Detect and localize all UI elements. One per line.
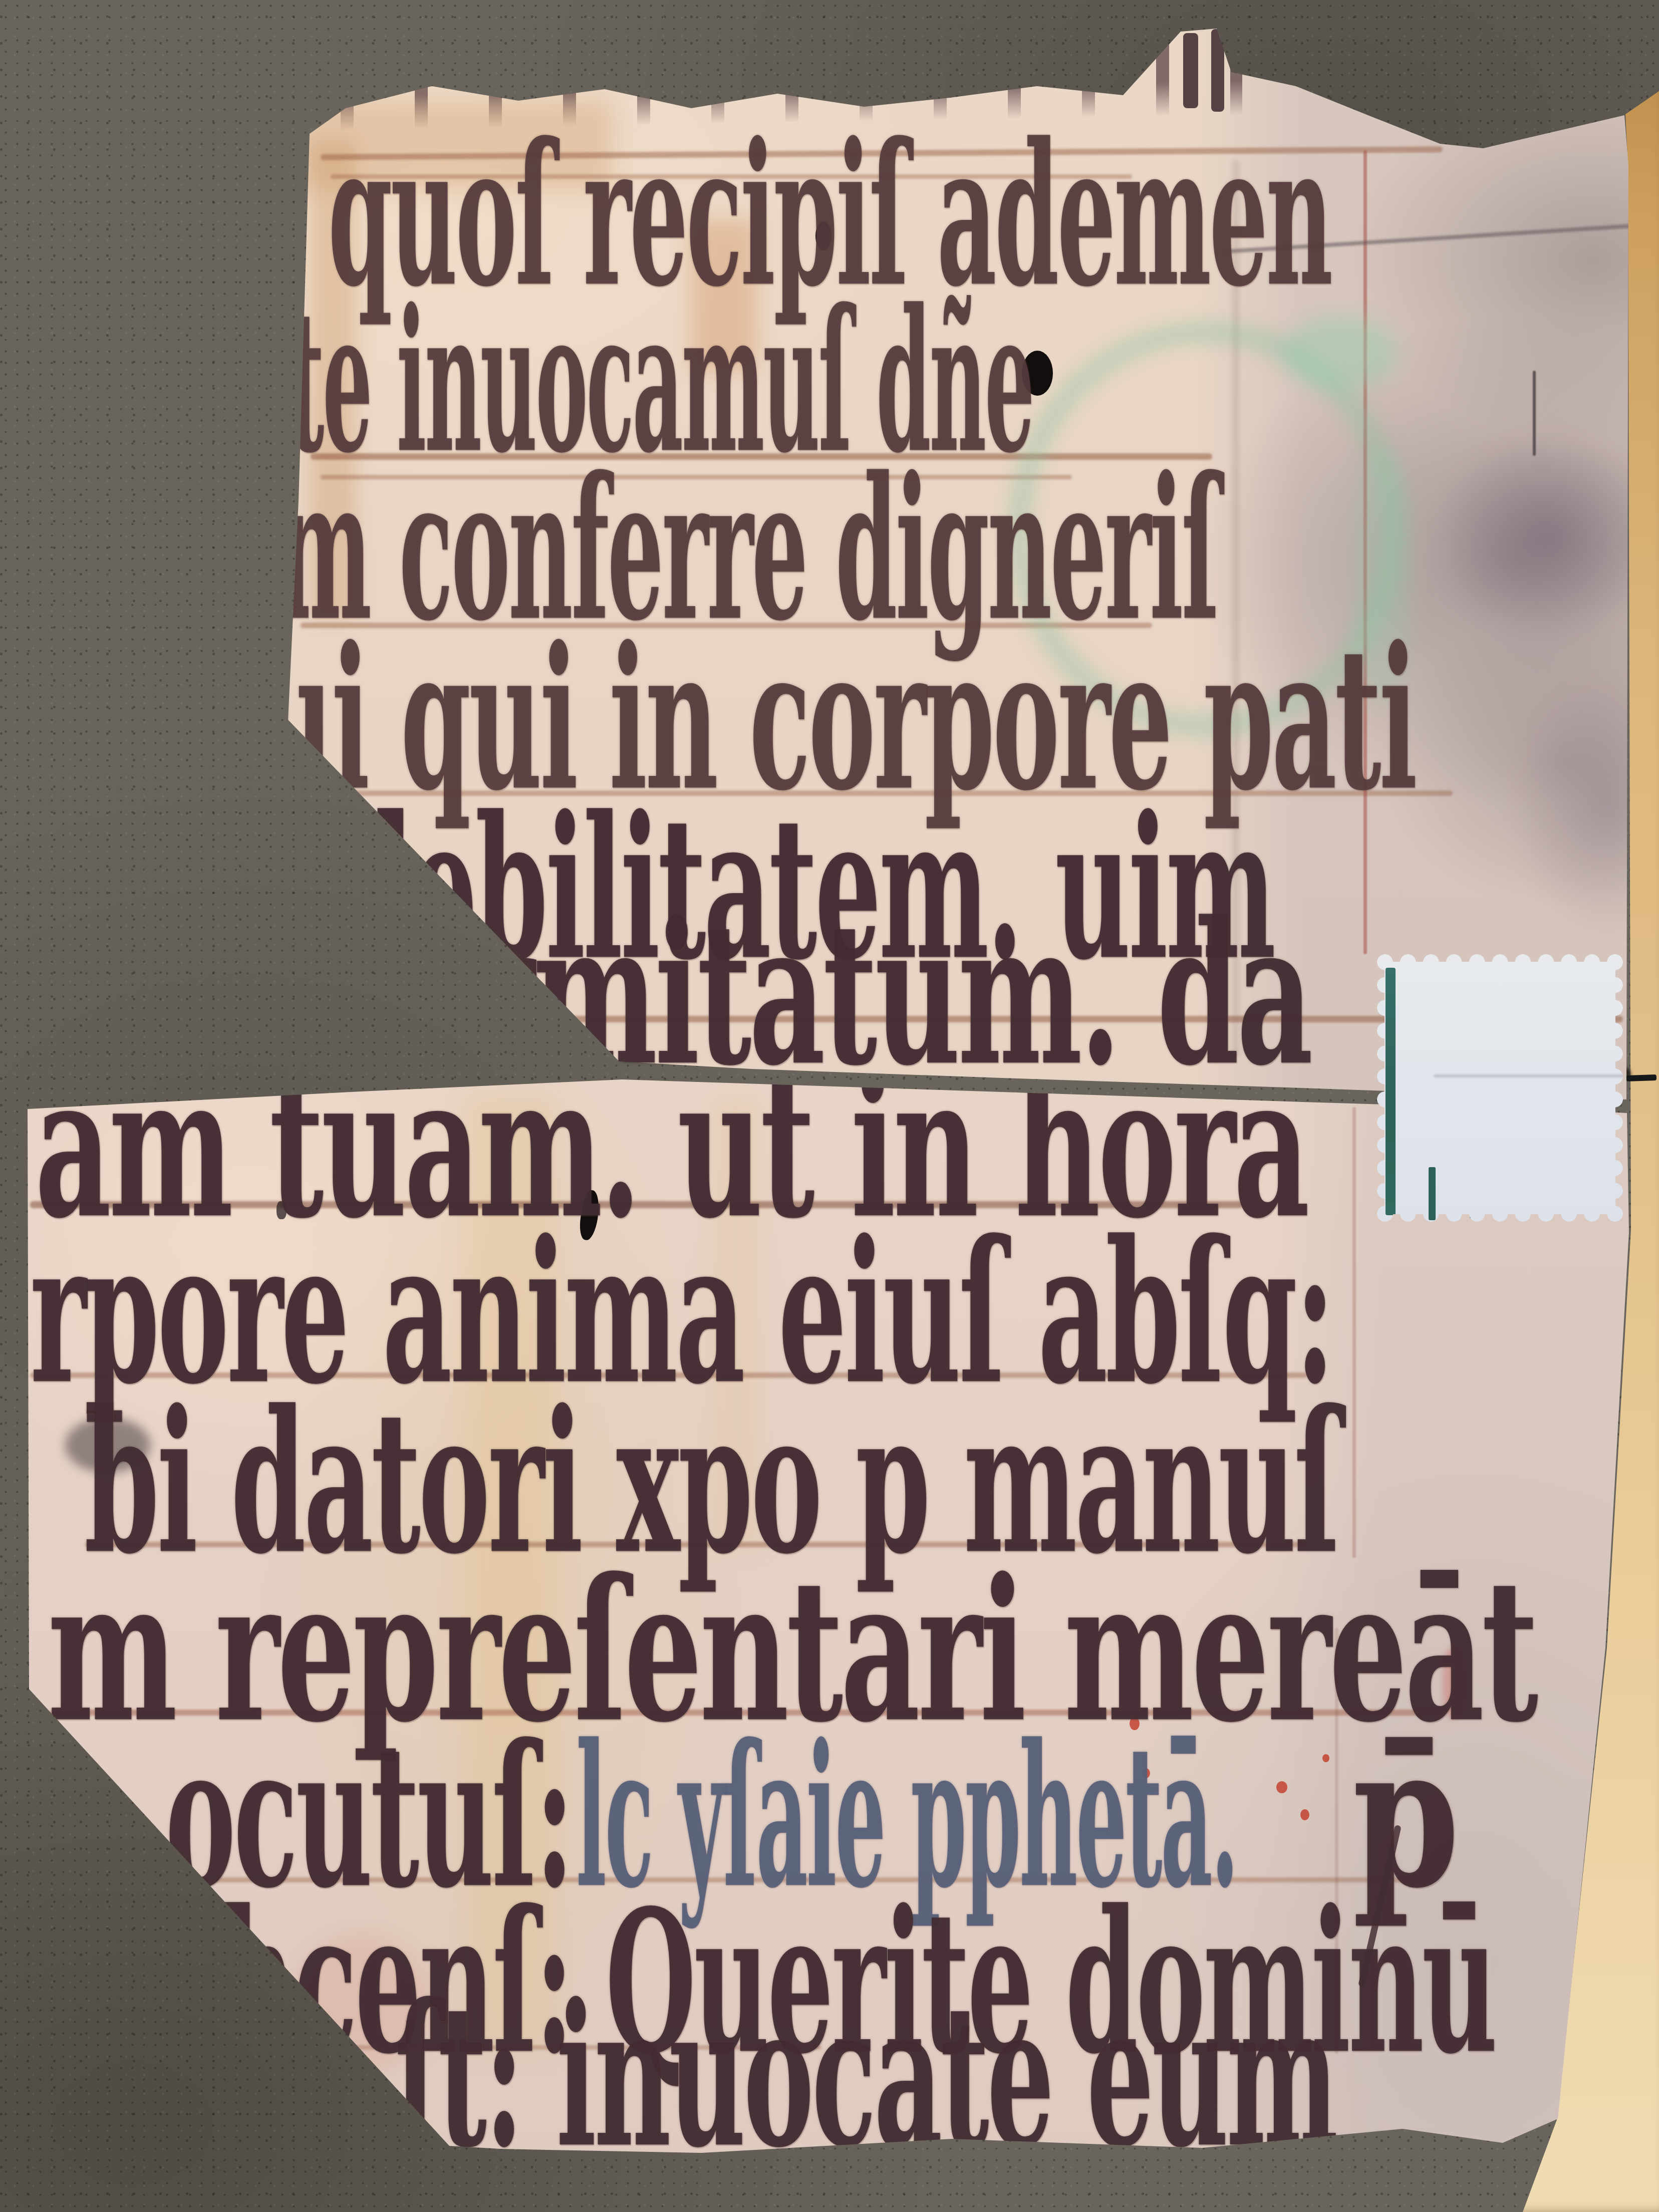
tab-crease: [1434, 1074, 1626, 1077]
manuscript-line: ſt: inuocate eum: [395, 1979, 1659, 2149]
teal-mark-short: [1429, 1167, 1436, 1220]
teal-dot: [1465, 1216, 1471, 1221]
manuscript-line: quoſ recipiſ ademen: [328, 118, 1659, 288]
red-ink-fleck: [1300, 1809, 1309, 1820]
archival-paper-tab: [1373, 951, 1626, 1225]
black-dash: [1626, 1074, 1656, 1081]
manuscript-line: m repreſentari mereāt: [48, 1553, 1659, 1724]
tall-cut-stub: [1211, 29, 1224, 112]
manuscript-line: bi datori xpo p manuſ: [84, 1385, 1659, 1555]
teal-mark-long: [1386, 968, 1396, 1215]
manuscript-line: ui qui in corpore pati: [260, 622, 1659, 792]
manuscript-line: rpore anima eiuſ abſq:: [30, 1215, 1659, 1386]
tall-cut-stub: [1183, 33, 1198, 108]
red-ink-fleck: [1276, 1781, 1287, 1793]
manuscript-line: m conferre digneriſ: [278, 452, 1659, 622]
manuscript-line: te inuocamuſ dñe: [288, 284, 1659, 454]
photo-of-manuscript-fragments: { "manuscript": { "description_visible_c…: [0, 0, 1659, 2212]
